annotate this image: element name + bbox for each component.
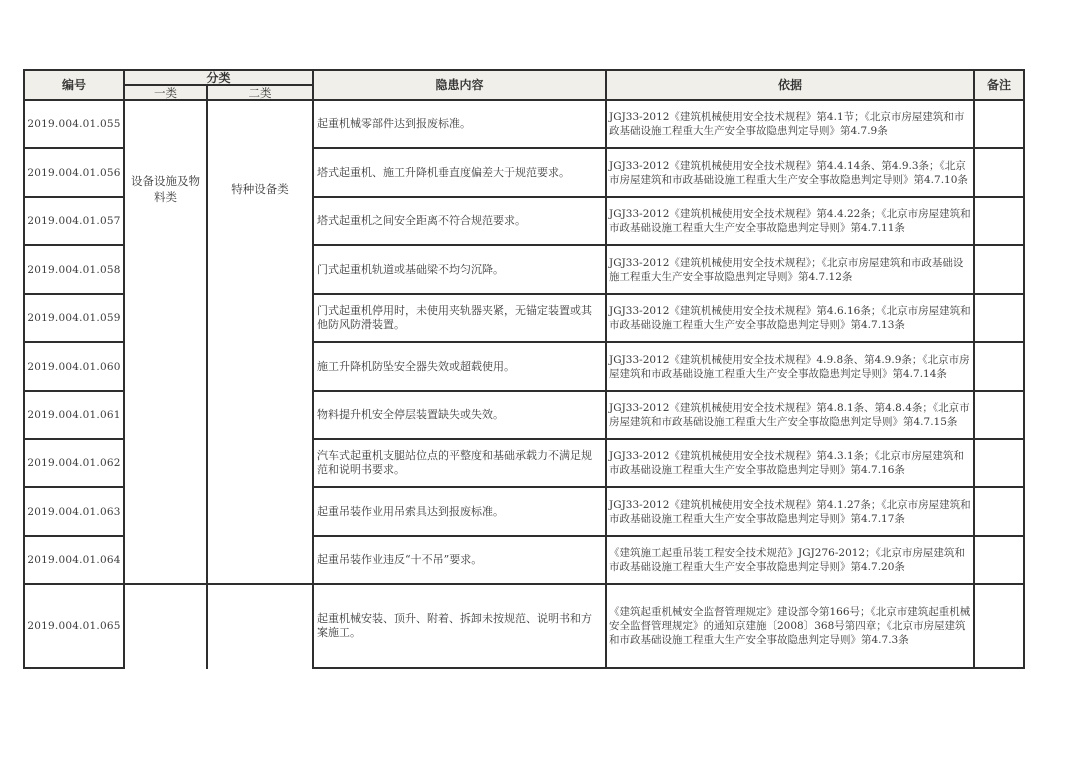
category-level2-cell: 特种设备类: [207, 100, 313, 277]
row-id: 2019.004.01.064: [24, 536, 124, 584]
grid-line: [123, 69, 125, 669]
row-id: 2019.004.01.063: [24, 487, 124, 536]
row-hazard: 起重机械安装、顶升、附着、拆卸未按规范、说明书和方案施工。: [313, 584, 606, 668]
grid-line: [313, 147, 1025, 149]
grid-line: [605, 69, 607, 669]
row-remarks: [974, 439, 1024, 487]
grid-line: [206, 84, 208, 669]
row-remarks: [974, 391, 1024, 439]
row-id: 2019.004.01.059: [24, 294, 124, 342]
row-remarks: [974, 487, 1024, 536]
header-hazard: 隐患内容: [313, 70, 606, 100]
grid-line: [24, 293, 124, 295]
row-id: 2019.004.01.062: [24, 439, 124, 487]
grid-line: [973, 69, 975, 669]
grid-line: [24, 196, 124, 198]
row-basis: JGJ33-2012《建筑机械使用安全技术规程》4.9.8条、第4.9.9条；《…: [606, 342, 974, 391]
grid-line: [312, 69, 314, 669]
row-remarks: [974, 294, 1024, 342]
row-remarks: [974, 245, 1024, 294]
grid-line: [313, 438, 1025, 440]
header-category: 分类: [124, 70, 313, 85]
grid-line: [24, 390, 124, 392]
header-remarks: 备注: [974, 70, 1024, 100]
grid-line: [313, 341, 1025, 343]
grid-line: [24, 99, 1025, 101]
row-id: 2019.004.01.056: [24, 148, 124, 197]
row-basis: 《建筑起重机械安全监督管理规定》建设部令第166号；《北京市建筑起重机械安全监督…: [606, 584, 974, 668]
grid-line: [313, 535, 1025, 537]
row-basis: JGJ33-2012《建筑机械使用安全技术规程》第4.3.1条；《北京市房屋建筑…: [606, 439, 974, 487]
row-basis: JGJ33-2012《建筑机械使用安全技术规程》第4.6.16条；《北京市房屋建…: [606, 294, 974, 342]
grid-line: [313, 244, 1025, 246]
row-remarks: [974, 584, 1024, 668]
grid-line: [313, 486, 1025, 488]
row-remarks: [974, 342, 1024, 391]
row-basis: JGJ33-2012《建筑机械使用安全技术规程》第4.1.27条；《北京市房屋建…: [606, 487, 974, 536]
row-id: 2019.004.01.057: [24, 197, 124, 245]
row-id: 2019.004.01.065: [24, 584, 124, 668]
row-hazard: 门式起重机停用时，未使用夹轨器夹紧，无锚定装置或其他防风防滑装置。: [313, 294, 606, 342]
row-hazard: 塔式起重机之间安全距离不符合规范要求。: [313, 197, 606, 245]
grid-line: [124, 84, 313, 86]
grid-line: [24, 147, 124, 149]
row-hazard: 物料提升机安全停层装置缺失或失效。: [313, 391, 606, 439]
row-hazard: 汽车式起重机支腿站位点的平整度和基础承载力不满足规范和说明书要求。: [313, 439, 606, 487]
category-level1-cell: 设备设施及物料类: [124, 100, 207, 277]
row-hazard: 起重吊装作业违反“十不吊”要求。: [313, 536, 606, 584]
hazard-table: 编号 分类 一类 二类 隐患内容 依据 备注 设备设施及物料类 特种设备类 20…: [0, 0, 1080, 764]
row-id: 2019.004.01.061: [24, 391, 124, 439]
grid-line: [24, 667, 124, 669]
grid-line: [1023, 69, 1025, 669]
row-basis: JGJ33-2012《建筑机械使用安全技术规程》第4.4.22条；《北京市房屋建…: [606, 197, 974, 245]
row-hazard: 起重吊装作业用吊索具达到报废标准。: [313, 487, 606, 536]
grid-line: [24, 583, 1025, 585]
grid-line: [313, 667, 1025, 669]
row-id: 2019.004.01.055: [24, 100, 124, 148]
row-remarks: [974, 100, 1024, 148]
grid-line: [24, 438, 124, 440]
header-category-level1: 一类: [124, 85, 207, 100]
row-id: 2019.004.01.058: [24, 245, 124, 294]
row-remarks: [974, 148, 1024, 197]
row-id: 2019.004.01.060: [24, 342, 124, 391]
row-remarks: [974, 536, 1024, 584]
header-basis: 依据: [606, 70, 974, 100]
row-basis: JGJ33-2012《建筑机械使用安全技术规程》；《北京市房屋建筑和市政基础设施…: [606, 245, 974, 294]
row-basis: JGJ33-2012《建筑机械使用安全技术规程》第4.8.1条、第4.8.4条；…: [606, 391, 974, 439]
header-category-level2: 二类: [207, 85, 313, 100]
grid-line: [24, 535, 124, 537]
row-hazard: 塔式起重机、施工升降机垂直度偏差大于规范要求。: [313, 148, 606, 197]
grid-line: [313, 293, 1025, 295]
grid-line: [24, 69, 1025, 71]
row-remarks: [974, 197, 1024, 245]
grid-line: [24, 244, 124, 246]
grid-line: [24, 341, 124, 343]
grid-line: [313, 196, 1025, 198]
row-hazard: 门式起重机轨道或基础梁不均匀沉降。: [313, 245, 606, 294]
grid-line: [23, 69, 25, 669]
header-id: 编号: [24, 70, 124, 100]
row-basis: JGJ33-2012《建筑机械使用安全技术规程》第4.1节；《北京市房屋建筑和市…: [606, 100, 974, 148]
grid-line: [313, 390, 1025, 392]
grid-line: [24, 486, 124, 488]
row-basis: 《建筑施工起重吊装工程安全技术规范》JGJ276-2012；《北京市房屋建筑和市…: [606, 536, 974, 584]
row-basis: JGJ33-2012《建筑机械使用安全技术规程》第4.4.14条、第4.9.3条…: [606, 148, 974, 197]
row-hazard: 施工升降机防坠安全器失效或超载使用。: [313, 342, 606, 391]
row-hazard: 起重机械零部件达到报废标准。: [313, 100, 606, 148]
